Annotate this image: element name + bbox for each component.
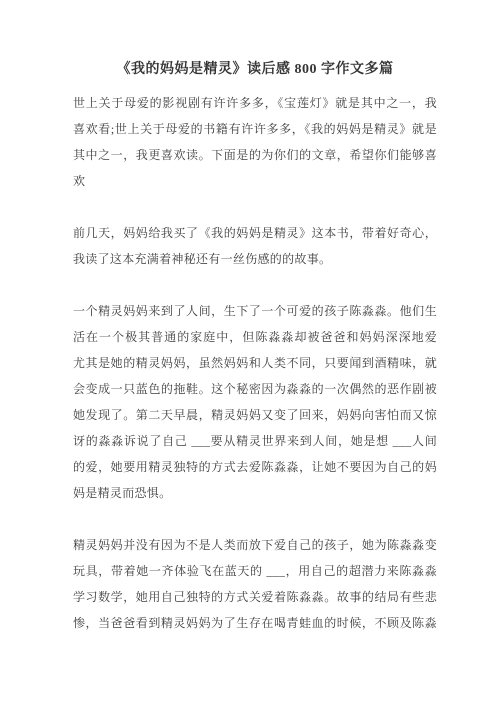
text-line: 喜欢看;世上关于母爱的书籍有许许多多，《我的妈妈是精灵》就是 bbox=[73, 116, 437, 142]
document-page: 《我的妈妈是精灵》读后感 800 字作文多篇 世上关于母爱的影视剧有许许多多，《… bbox=[0, 0, 500, 708]
text-line: 我读了这本充满着神秘还有一丝伤感的的故事。 bbox=[73, 246, 437, 272]
paragraph-intro: 世上关于母爱的影视剧有许许多多，《宝莲灯》就是其中之一，我 喜欢看;世上关于母爱… bbox=[73, 90, 437, 194]
text-line: 世上关于母爱的影视剧有许许多多，《宝莲灯》就是其中之一，我 bbox=[73, 90, 437, 116]
text-line: 会变成一只蓝色的拖鞋。这个秘密因为淼淼的一次偶然的恶作剧被 bbox=[73, 376, 437, 402]
text-line: 她发现了。第二天早晨，精灵妈妈又变了回来，妈妈向害怕而又惊 bbox=[73, 402, 437, 428]
text-line: 其中之一，我更喜欢读。下面是的为你们的文章，希望你们能够喜 bbox=[73, 142, 437, 168]
paragraph-buying-book: 前几天，妈妈给我买了《我的妈妈是精灵》这本书，带着好奇心， 我读了这本充满着神秘… bbox=[73, 220, 437, 272]
text-line: 的爱，她要用精灵独特的方式去爱陈淼淼，让她不要因为自己的妈 bbox=[73, 454, 437, 480]
text-line: 惨，当爸爸看到精灵妈妈为了生存在喝青蛙血的时候，不顾及陈淼 bbox=[73, 610, 437, 636]
text-line: 尤其是她的精灵妈妈，虽然妈妈和人类不同，只要闻到酒精味，就 bbox=[73, 350, 437, 376]
text-line: 妈是精灵而恐惧。 bbox=[73, 480, 437, 506]
paragraph-mothers-love: 精灵妈妈并没有因为不是人类而放下爱自己的孩子，她为陈淼淼变 玩具，带着她一齐体验… bbox=[73, 532, 437, 636]
text-line: 玩具，带着她一齐体验飞在蓝天的 ___，用自己的超潜力来陈淼淼 bbox=[73, 558, 437, 584]
text-line: 一个精灵妈妈来到了人间，生下了一个可爱的孩子陈淼淼。他们生 bbox=[73, 298, 437, 324]
text-line: 欢 bbox=[73, 168, 437, 194]
text-line: 讶的淼淼诉说了自己 ___要从精灵世界来到人间，她是想 ___人间 bbox=[73, 428, 437, 454]
paragraph-story-summary: 一个精灵妈妈来到了人间，生下了一个可爱的孩子陈淼淼。他们生 活在一个极其普通的家… bbox=[73, 298, 437, 506]
text-line: 学习数学，她用自己独特的方式关爱着陈淼淼。故事的结局有些悲 bbox=[73, 584, 437, 610]
document-title: 《我的妈妈是精灵》读后感 800 字作文多篇 bbox=[73, 58, 437, 82]
text-line: 前几天，妈妈给我买了《我的妈妈是精灵》这本书，带着好奇心， bbox=[73, 220, 437, 246]
text-line: 活在一个极其普通的家庭中，但陈淼淼却被爸爸和妈妈深深地爱着， bbox=[73, 324, 437, 350]
text-line: 精灵妈妈并没有因为不是人类而放下爱自己的孩子，她为陈淼淼变 bbox=[73, 532, 437, 558]
document-body: 《我的妈妈是精灵》读后感 800 字作文多篇 世上关于母爱的影视剧有许许多多，《… bbox=[0, 0, 500, 636]
